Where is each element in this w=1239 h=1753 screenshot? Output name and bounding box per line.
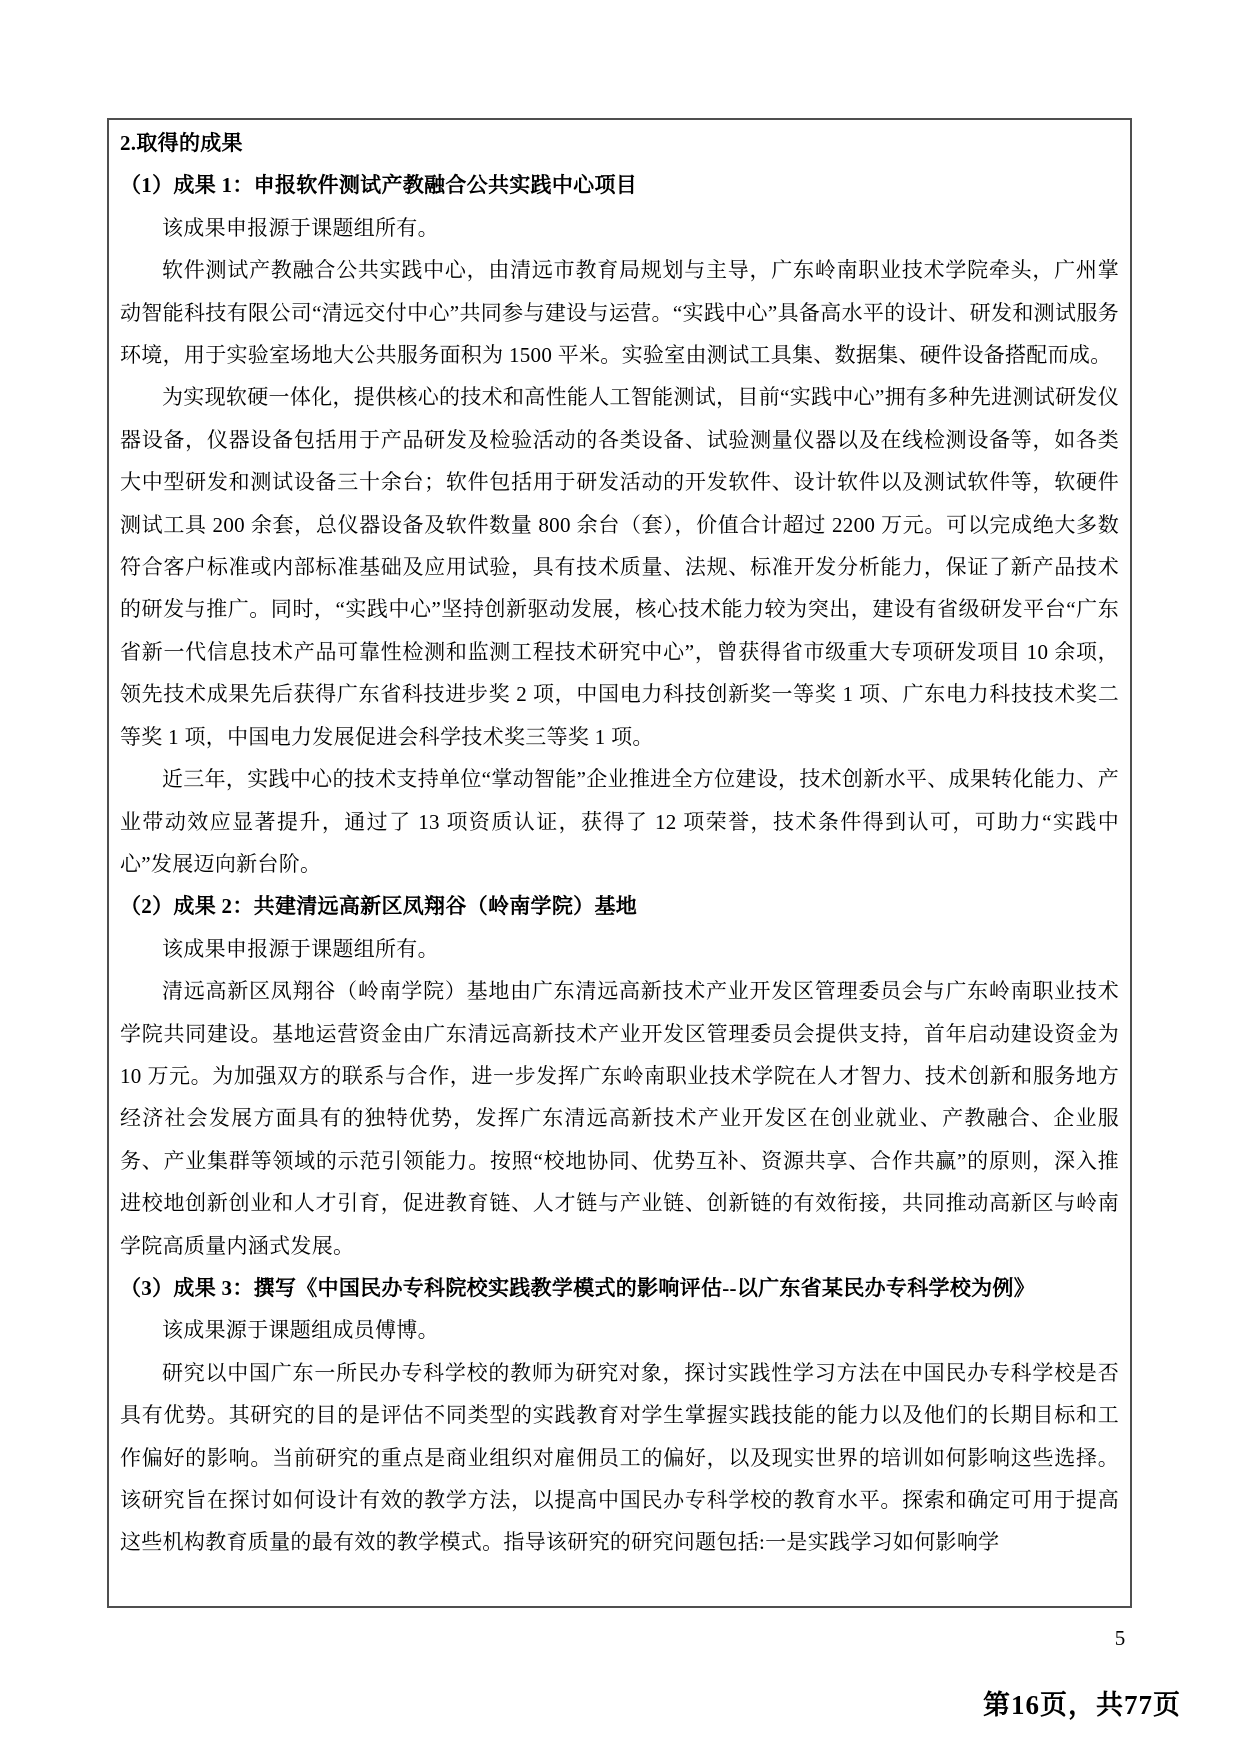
paragraph: 清远高新区凤翔谷（岭南学院）基地由广东清远高新技术产业开发区管理委员会与广东岭南… [120, 970, 1119, 1267]
paragraph: 该成果申报源于课题组所有。 [120, 207, 1119, 249]
achievements-form-cell: 2.取得的成果 （1）成果 1：申报软件测试产教融合公共实践中心项目 该成果申报… [107, 118, 1132, 1608]
page-number: 5 [1105, 1622, 1135, 1654]
document-page: 2.取得的成果 （1）成果 1：申报软件测试产教融合公共实践中心项目 该成果申报… [0, 0, 1239, 1753]
paragraph: 软件测试产教融合公共实践中心，由清远市教育局规划与主导，广东岭南职业技术学院牵头… [120, 249, 1119, 376]
achievement-3-heading: （3）成果 3：撰写《中国民办专科院校实践教学模式的影响评估--以广东省某民办专… [120, 1267, 1119, 1309]
footer-page-indicator: 第16页，共77页 [983, 1688, 1181, 1722]
section-title: 2.取得的成果 [120, 122, 1119, 164]
paragraph: 近三年，实践中心的技术支持单位“掌动智能”企业推进全方位建设，技术创新水平、成果… [120, 758, 1119, 885]
paragraph: 为实现软硬一体化，提供核心的技术和高性能人工智能测试，目前“实践中心”拥有多种先… [120, 376, 1119, 758]
paragraph: 该成果源于课题组成员傅博。 [120, 1309, 1119, 1351]
paragraph: 研究以中国广东一所民办专科学校的教师为研究对象，探讨实践性学习方法在中国民办专科… [120, 1352, 1119, 1564]
achievement-2-heading: （2）成果 2：共建清远高新区凤翔谷（岭南学院）基地 [120, 885, 1119, 927]
paragraph: 该成果申报源于课题组所有。 [120, 928, 1119, 970]
achievement-1-heading: （1）成果 1：申报软件测试产教融合公共实践中心项目 [120, 164, 1119, 206]
